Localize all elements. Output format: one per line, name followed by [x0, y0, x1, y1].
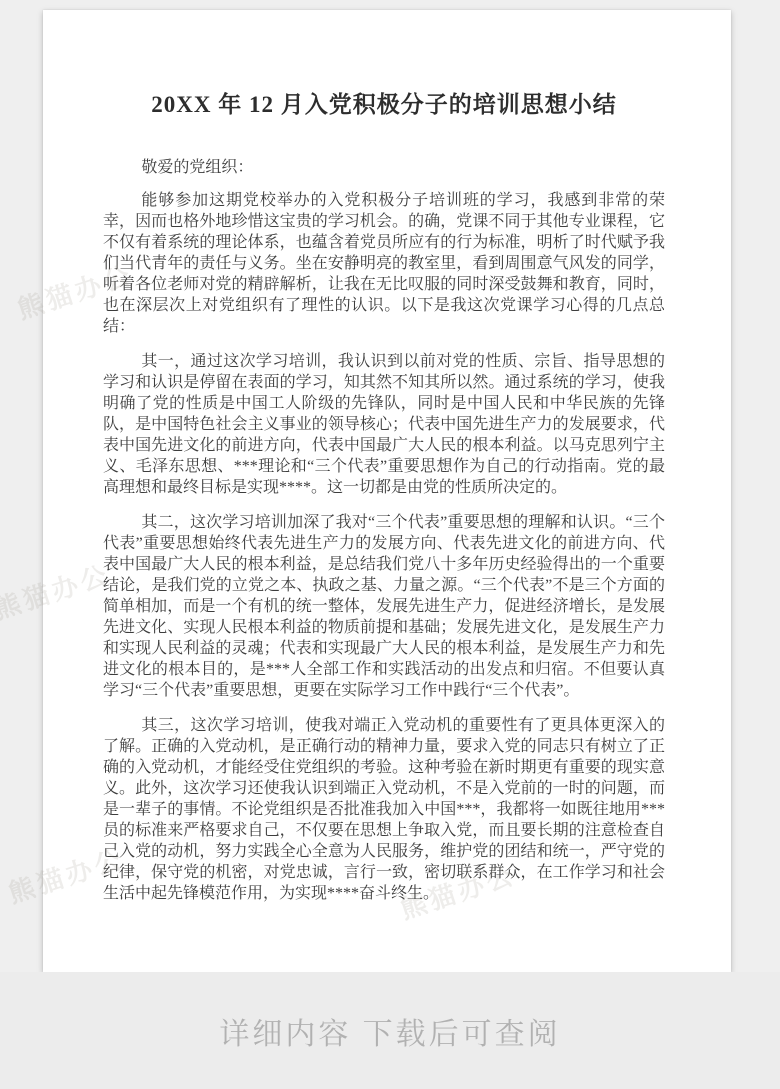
document-title: 20XX 年 12 月入党积极分子的培训思想小结 — [103, 86, 665, 119]
paragraph-point-two: 其二，这次学习培训加深了我对“三个代表”重要思想的理解和认识。“三个代表”重要思… — [103, 512, 665, 701]
salutation-line: 敬爱的党组织： — [103, 157, 665, 178]
paragraph-point-one: 其一，通过这次学习培训，我认识到以前对党的性质、宗旨、指导思想的学习和认识是停留… — [103, 351, 665, 498]
download-hint-text: 详细内容 下载后可查阅 — [219, 1009, 560, 1053]
paragraph-point-three: 其三，这次学习培训，使我对端正入党动机的重要性有了更具体更深入的了解。正确的入党… — [103, 715, 665, 904]
document-content: 20XX 年 12 月入党积极分子的培训思想小结 敬爱的党组织： 能够参加这期党… — [43, 10, 731, 904]
paragraph-intro: 能够参加这期党校举办的入党积极分子培训班的学习，我感到非常的荣幸，因而也格外地珍… — [103, 190, 665, 337]
preview-footer: 详细内容 下载后可查阅 — [0, 972, 780, 1089]
document-page: 20XX 年 12 月入党积极分子的培训思想小结 敬爱的党组织： 能够参加这期党… — [43, 10, 731, 972]
